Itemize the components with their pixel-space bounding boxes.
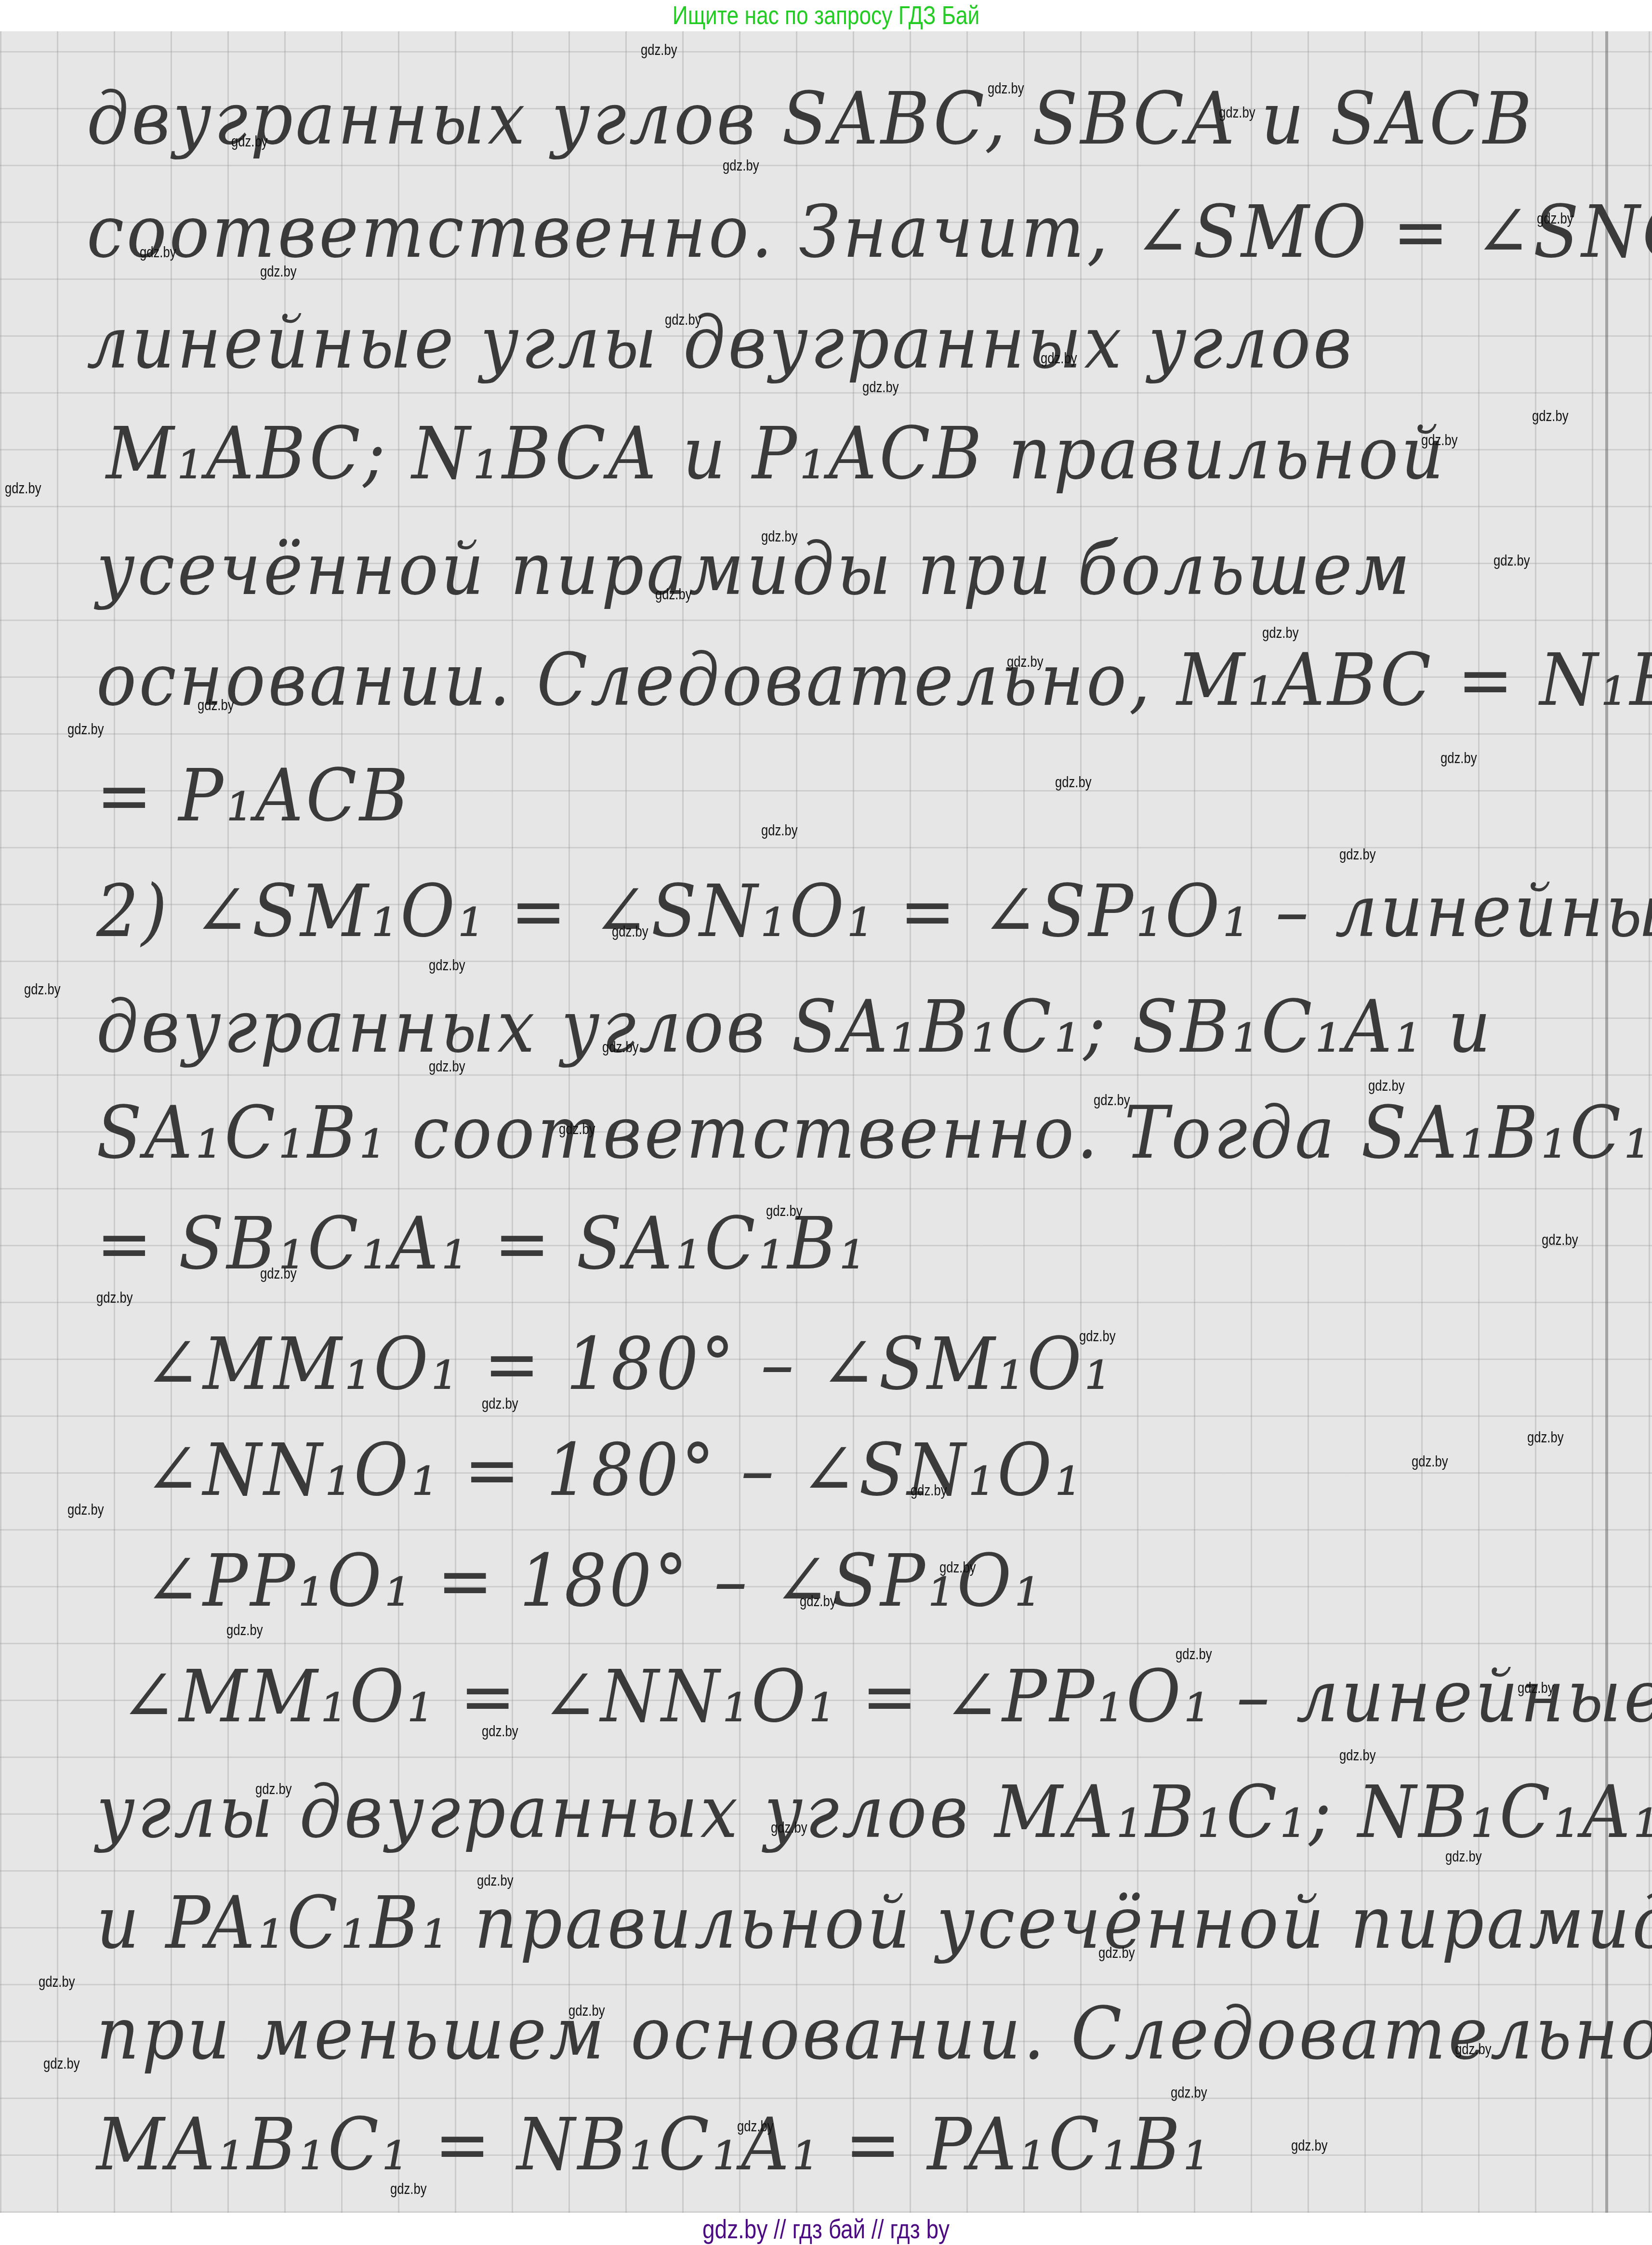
watermark: gdz.by [24,980,60,998]
watermark: gdz.by [723,157,759,174]
watermark: gdz.by [1518,1679,1554,1697]
handwriting-line-3: линейные углы двугранных углов [87,301,1355,385]
watermark: gdz.by [761,528,797,545]
top-banner: Ищите нас по запросу ГДЗ Бай [149,0,1504,31]
handwriting-line-5: усечённой пирамиды при большем [96,528,1413,611]
watermark: gdz.by [260,1265,296,1282]
watermark: gdz.by [43,2055,79,2073]
watermark: gdz.by [1412,1453,1448,1470]
watermark: gdz.by [800,1592,836,1610]
watermark: gdz.by [665,311,701,329]
notebook-page-scan: двугранных углов SABC, SBCA и SACB соотв… [0,31,1652,2213]
watermark: gdz.by [568,2002,605,2020]
watermark: gdz.by [1098,1944,1135,1962]
bottom-banner: gdz.by // гдз бай // гдз by [149,2213,1504,2245]
watermark: gdz.by [1094,1091,1130,1109]
watermark: gdz.by [482,1722,518,1740]
handwriting-line-9: двугранных углов SA₁B₁C₁; SB₁C₁A₁ и [96,985,1493,1069]
watermark: gdz.by [761,821,797,839]
watermark: gdz.by [1055,773,1091,791]
watermark: gdz.by [429,956,465,974]
watermark: gdz.by [771,1819,807,1836]
watermark: gdz.by [198,696,234,714]
watermark: gdz.by [1368,1077,1404,1095]
watermark: gdz.by [1339,1746,1375,1764]
watermark: gdz.by [1537,210,1573,227]
watermark: gdz.by [1291,2137,1327,2154]
watermark: gdz.by [1339,845,1375,863]
watermark: gdz.by [862,378,899,396]
watermark: gdz.by [911,1481,947,1499]
handwriting-line-18: при меньшем основании. Следовательно [96,1992,1652,2076]
watermark: gdz.by [602,1038,638,1056]
handwriting-line-14: ∠PP₁O₁ = 180° – ∠SP₁O₁ [145,1539,1044,1623]
watermark: gdz.by [1262,624,1298,642]
handwriting-line-15: ∠MM₁O₁ = ∠NN₁O₁ = ∠PP₁O₁ – линейные [120,1655,1652,1739]
handwriting-line-17: и PA₁C₁B₁ правильной усечённой пирамиды [96,1881,1652,1965]
watermark: gdz.by [482,1395,518,1413]
watermark: gdz.by [96,1289,132,1307]
watermark: gdz.by [5,479,41,497]
watermark: gdz.by [1542,1231,1578,1249]
watermark: gdz.by [390,2180,426,2198]
watermark: gdz.by [939,1558,976,1576]
watermark: gdz.by [39,1973,75,1991]
handwriting-line-10: SA₁C₁B₁ соответственно. Тогда SA₁B₁C₁ = [96,1091,1652,1175]
watermark: gdz.by [1445,1848,1481,1865]
watermark: gdz.by [737,2117,773,2135]
watermark: gdz.by [1176,1645,1212,1663]
watermark: gdz.by [231,132,267,150]
watermark: gdz.by [429,1057,465,1075]
handwriting-line-4: M₁ABC; N₁BCA и P₁ACB правильной [106,412,1446,496]
watermark: gdz.by [1532,407,1568,425]
watermark: gdz.by [655,585,691,603]
watermark: gdz.by [988,79,1024,97]
watermark: gdz.by [1493,552,1530,569]
handwriting-line-1: двугранных углов SABC, SBCA и SACB [87,77,1534,161]
watermark: gdz.by [1455,2040,1491,2058]
handwriting-line-16: углы двугранных углов MA₁B₁C₁; NB₁C₁A₁ [96,1770,1652,1854]
handwriting-line-6: основании. Следовательно, M₁ABC = N₁BCA … [96,638,1652,722]
watermark: gdz.by [140,243,176,261]
handwriting-line-8: 2) ∠SM₁O₁ = ∠SN₁O₁ = ∠SP₁O₁ – линейные у… [96,870,1652,953]
watermark: gdz.by [1421,431,1457,449]
watermark: gdz.by [477,1872,513,1889]
watermark: gdz.by [641,41,677,59]
watermark: gdz.by [1007,653,1043,671]
handwriting-line-7: = P₁ACB [96,754,411,838]
watermark: gdz.by [226,1621,263,1639]
handwriting-line-2: соответственно. Значит, ∠SMO = ∠SNO = ∠S… [87,190,1652,274]
watermark: gdz.by [1441,749,1477,767]
watermark: gdz.by [1079,1327,1115,1345]
handwriting-line-12: ∠MM₁O₁ = 180° – ∠SM₁O₁ [145,1322,1113,1406]
site-links[interactable]: gdz.by // гдз бай // гдз by [702,2214,950,2244]
watermark: gdz.by [1219,104,1255,121]
watermark: gdz.by [612,923,648,940]
handwriting-line-13: ∠NN₁O₁ = 180° – ∠SN₁O₁ [145,1428,1084,1512]
watermark: gdz.by [260,263,296,280]
watermark: gdz.by [67,1501,104,1519]
watermark: gdz.by [1527,1428,1563,1446]
watermark: gdz.by [1041,349,1077,367]
watermark: gdz.by [559,1120,595,1138]
search-hint-link[interactable]: Ищите нас по запросу ГДЗ Бай [673,1,979,30]
watermark: gdz.by [1171,2084,1207,2101]
handwriting-line-11: = SB₁C₁A₁ = SA₁C₁B₁ [96,1202,868,1286]
watermark: gdz.by [67,720,104,738]
watermark: gdz.by [255,1780,291,1798]
handwriting-line-19: MA₁B₁C₁ = NB₁C₁A₁ = PA₁C₁B₁ [96,2103,1212,2187]
watermark: gdz.by [766,1202,802,1220]
